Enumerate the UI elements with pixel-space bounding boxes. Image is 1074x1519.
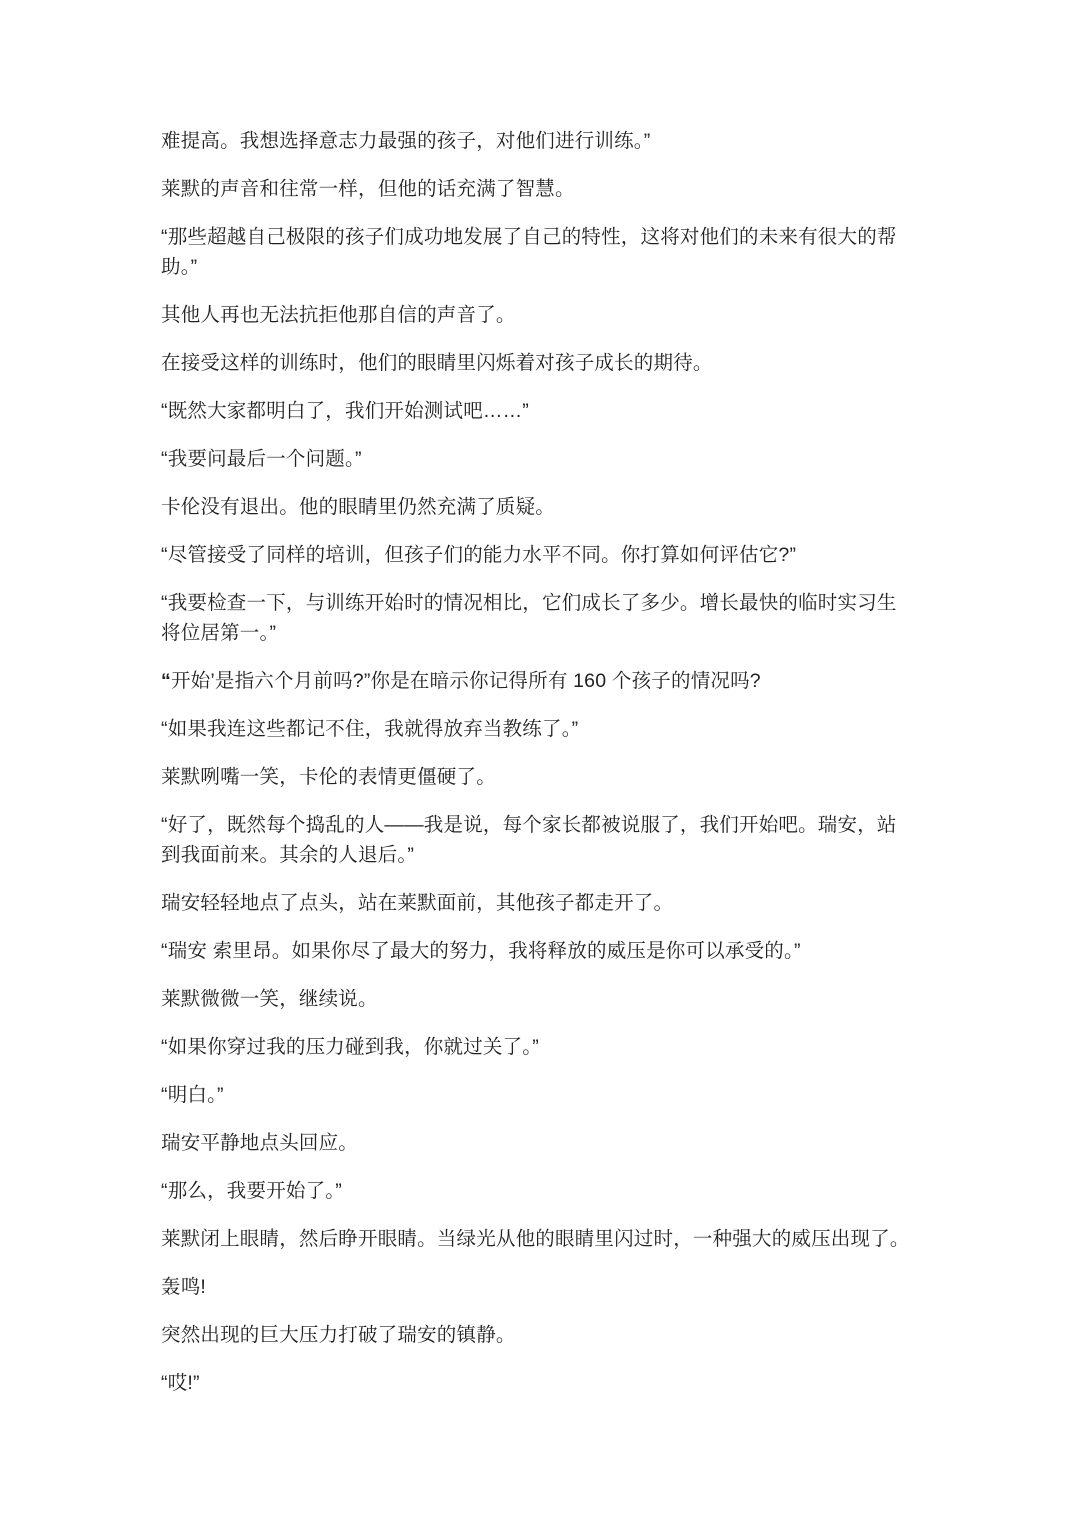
paragraph: “那么，我要开始了。” (161, 1176, 914, 1206)
paragraph: 莱默闭上眼睛，然后睁开眼睛。当绿光从他的眼睛里闪过时，一种强大的威压出现了。 (161, 1224, 914, 1254)
paragraph: 卡伦没有退出。他的眼睛里仍然充满了质疑。 (161, 492, 914, 522)
paragraph: 莱默微微一笑，继续说。 (161, 984, 914, 1014)
text-run: 在接受这样的训练时，他们的眼睛里闪烁着对孩子成长的期待。 (161, 352, 713, 374)
paragraph: 轰鸣! (161, 1272, 914, 1302)
paragraph: 莱默的声音和往常一样，但他的话充满了智慧。 (161, 174, 914, 204)
text-run: “那些超越自己极限的孩子们成功地发展了自己的特性，这将对他们的未来有很大的帮助。… (161, 226, 897, 278)
text-run: “明白。” (161, 1084, 224, 1106)
text-run: “好了，既然每个捣乱的人——我是说，每个家长都被说服了，我们开始吧。瑞安，站到我… (161, 814, 897, 866)
text-run: “我要问最后一个问题。” (161, 448, 362, 470)
paragraph: “开始’是指六个月前吗?”你是在暗示你记得所有 160 个孩子的情况吗? (161, 666, 914, 696)
text-run: 瑞安轻轻地点了点头，站在莱默面前，其他孩子都走开了。 (161, 892, 673, 914)
text-run: 轰鸣! (161, 1276, 206, 1298)
paragraph: “尽管接受了同样的培训，但孩子们的能力水平不同。你打算如何评估它?” (161, 540, 914, 570)
paragraph: 瑞安轻轻地点了点头，站在莱默面前，其他孩子都走开了。 (161, 888, 914, 918)
text-run: “既然大家都明白了，我们开始测试吧……” (161, 400, 529, 422)
text-run: “尽管接受了同样的培训，但孩子们的能力水平不同。你打算如何评估它?” (161, 544, 796, 566)
text-run: “那么，我要开始了。” (161, 1180, 342, 1202)
text-run: 莱默闭上眼睛，然后睁开眼睛。当绿光从他的眼睛里闪过时，一种强大的威压出现了。 (161, 1228, 910, 1250)
text-run: “如果我连这些都记不住，我就得放弃当教练了。” (161, 718, 578, 740)
paragraph: “瑞安 索里昂。如果你尽了最大的努力，我将释放的威压是你可以承受的。” (161, 936, 914, 966)
paragraph: 瑞安平静地点头回应。 (161, 1128, 914, 1158)
paragraph: “我要检查一下，与训练开始时的情况相比，它们成长了多少。增长最快的临时实习生将位… (161, 588, 914, 648)
paragraph: 莱默咧嘴一笑，卡伦的表情更僵硬了。 (161, 762, 914, 792)
paragraph: “那些超越自己极限的孩子们成功地发展了自己的特性，这将对他们的未来有很大的帮助。… (161, 222, 914, 282)
text-run: 卡伦没有退出。他的眼睛里仍然充满了质疑。 (161, 496, 555, 518)
text-run: “瑞安 索里昂。如果你尽了最大的努力，我将释放的威压是你可以承受的。” (161, 940, 801, 962)
document-page: 难提高。我想选择意志力最强的孩子，对他们进行训练。”莱默的声音和往常一样，但他的… (0, 0, 1074, 1519)
text-run: 难提高。我想选择意志力最强的孩子，对他们进行训练。” (161, 130, 650, 152)
paragraph: “哎!” (161, 1368, 914, 1398)
text-run: 突然出现的巨大压力打破了瑞安的镇静。 (161, 1324, 516, 1346)
text-run: “我要检查一下，与训练开始时的情况相比，它们成长了多少。增长最快的临时实习生将位… (161, 592, 897, 644)
text-run: 莱默的声音和往常一样，但他的话充满了智慧。 (161, 178, 575, 200)
paragraph: 在接受这样的训练时，他们的眼睛里闪烁着对孩子成长的期待。 (161, 348, 914, 378)
text-run: 莱默微微一笑，继续说。 (161, 988, 378, 1010)
text-run: 莱默咧嘴一笑，卡伦的表情更僵硬了。 (161, 766, 496, 788)
text-run: “哎!” (161, 1372, 200, 1394)
paragraph: “既然大家都明白了，我们开始测试吧……” (161, 396, 914, 426)
paragraph: “如果我连这些都记不住，我就得放弃当教练了。” (161, 714, 914, 744)
text-run: 瑞安平静地点头回应。 (161, 1132, 358, 1154)
paragraph: 难提高。我想选择意志力最强的孩子，对他们进行训练。” (161, 126, 914, 156)
paragraph: “好了，既然每个捣乱的人——我是说，每个家长都被说服了，我们开始吧。瑞安，站到我… (161, 810, 914, 870)
paragraph: 其他人再也无法抗拒他那自信的声音了。 (161, 300, 914, 330)
paragraph: “如果你穿过我的压力碰到我，你就过关了。” (161, 1032, 914, 1062)
text-run: 其他人再也无法抗拒他那自信的声音了。 (161, 304, 516, 326)
paragraph: 突然出现的巨大压力打破了瑞安的镇静。 (161, 1320, 914, 1350)
text-run: “如果你穿过我的压力碰到我，你就过关了。” (161, 1036, 539, 1058)
paragraph: “明白。” (161, 1080, 914, 1110)
paragraph: “我要问最后一个问题。” (161, 444, 914, 474)
text-run: 开始’是指六个月前吗?”你是在暗示你记得所有 160 个孩子的情况吗? (171, 670, 761, 692)
text-run: “ (161, 670, 171, 692)
